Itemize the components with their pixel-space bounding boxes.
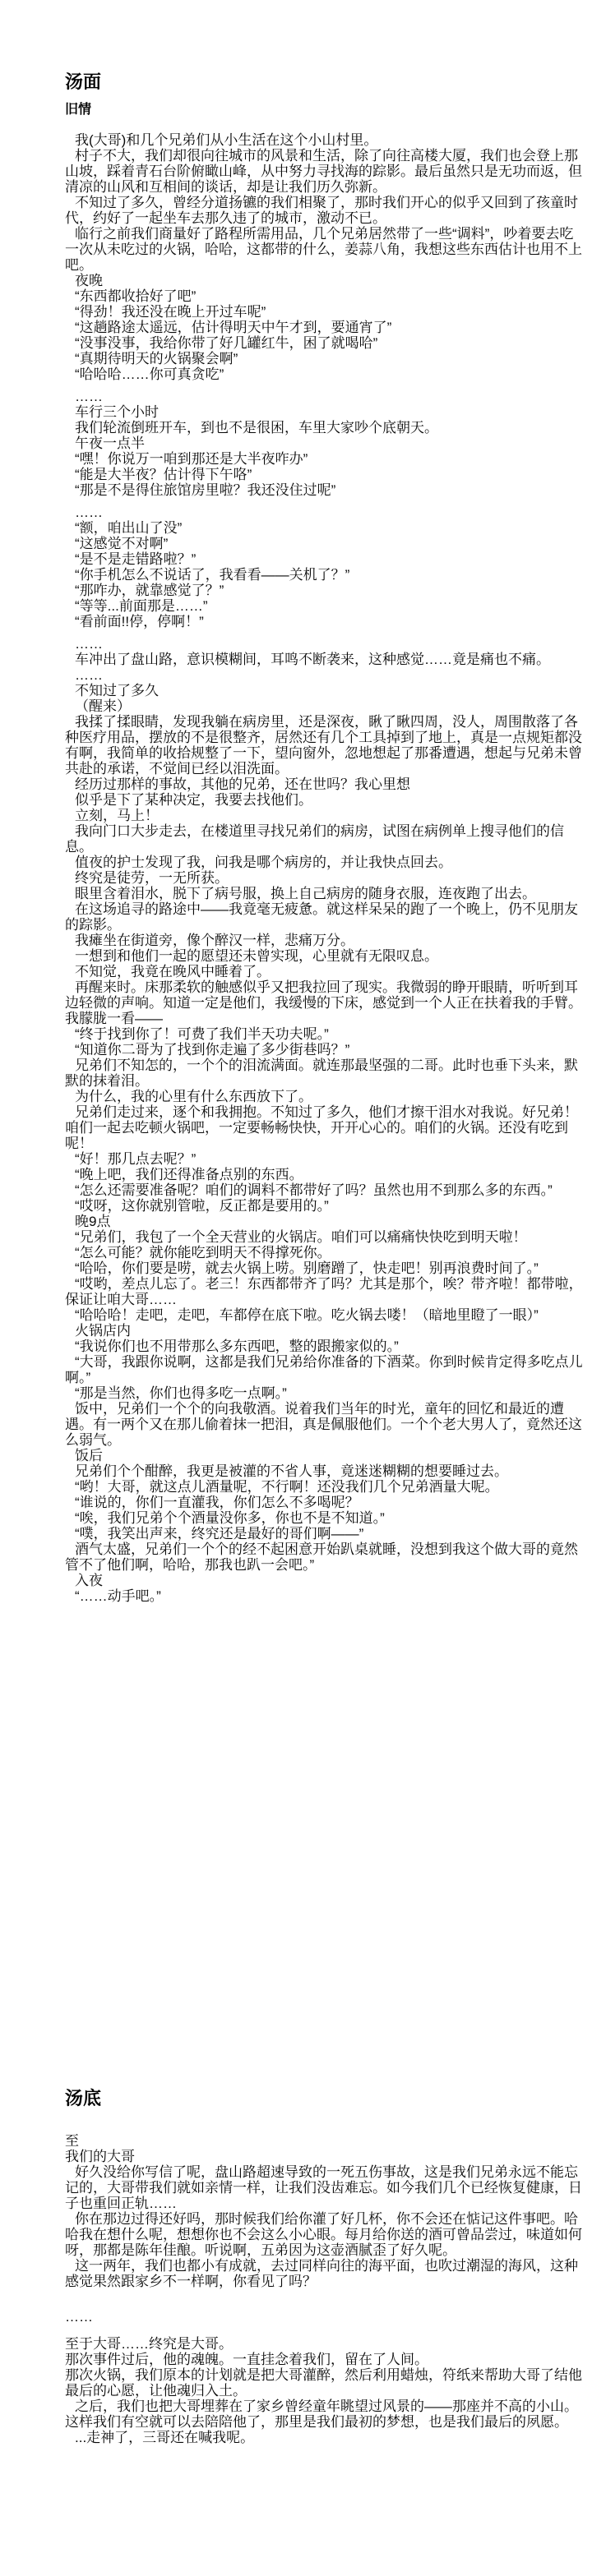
dialogue-line: “那是不是得住旅馆房里啦？我还没住过呢” bbox=[65, 482, 584, 498]
narration-line: 车行三个小时 bbox=[65, 404, 584, 420]
narration-line: 不知过了多久，曾经分道扬镳的我们相聚了，那时我们开心的似乎又回到了孩童时代，约好… bbox=[65, 195, 584, 226]
narration-line: ...走神了，三哥还在喊我呢。 bbox=[65, 2430, 584, 2445]
dialogue-line: “晚上吧，我们还得准备点别的东西。 bbox=[65, 1167, 584, 1182]
dialogue-line: “是不是走错路啦？” bbox=[65, 551, 584, 567]
narration-line: 车冲出了盘山路，意识模糊间，耳鸣不断袭来，这种感觉……竟是痛也不痛。 bbox=[65, 652, 584, 667]
dialogue-line: “哎呀，这你就别管啦，反正都是要用的。” bbox=[65, 1198, 584, 1214]
dialogue-line: “这感觉不对啊” bbox=[65, 536, 584, 551]
narration-line: 经历过那样的事故，其他的兄弟，还在世吗？我心里想 bbox=[65, 776, 584, 792]
dialogue-line: “哈哈哈……你可真贪吃” bbox=[65, 366, 584, 382]
narration-line: 我揉了揉眼睛，发现我躺在病房里，还是深夜，瞅了瞅四周，没人，周围散落了各种医疗用… bbox=[65, 714, 584, 776]
narration-line: 我(大哥)和几个兄弟们从小生活在这个小山村里。 bbox=[65, 132, 584, 148]
dialogue-line: “能是大半夜？估计得下午咯” bbox=[65, 467, 584, 482]
narration-line: 火锅店内 bbox=[65, 1323, 584, 1339]
narration-line: 酒气太盛，兄弟们一个个的经不起困意开始趴桌就睡，没想到我这个做大哥的竟然管不了他… bbox=[65, 1541, 584, 1573]
dialogue-line: “得劲！我还没在晚上开过车呢” bbox=[65, 304, 584, 320]
dialogue-line: “那是当然，你们也得多吃一点啊。” bbox=[65, 1385, 584, 1401]
section-gap bbox=[65, 1604, 584, 2089]
narration-line: 不知觉，我竟在晚风中睡着了。 bbox=[65, 964, 584, 979]
narration-line: 那次火锅，我们原本的计划就是把大哥灌醉，然后利用蜡烛，符纸来帮助大哥了结他最后的… bbox=[65, 2367, 584, 2399]
dialogue-line: “等等...前面那是……” bbox=[65, 598, 584, 614]
narration-line: 我向门口大步走去，在楼道里寻找兄弟们的病房，试图在病例单上搜寻他们的信息。 bbox=[65, 823, 584, 855]
dialogue-line: “怎么可能？就你能吃到明天不得撑死你。 bbox=[65, 1245, 584, 1260]
narration-line: 入夜 bbox=[65, 1573, 584, 1588]
dialogue-line: “好！那几点去呢？” bbox=[65, 1151, 584, 1167]
narration-line: 兄弟们不知怎的，一个个的泪流满面。就连那最坚强的二哥。此时也垂下头来，默默的抹着… bbox=[65, 1058, 584, 1089]
narration-line: 饭后 bbox=[65, 1448, 584, 1463]
narration-line: 眼里含着泪水，脱下了病号服，换上自己病房的随身衣服，连夜跑了出去。 bbox=[65, 886, 584, 901]
dialogue-line: “哟！大哥，就这点儿酒量呢，不行啊！还没我们几个兄弟酒量大呢。 bbox=[65, 1479, 584, 1495]
dialogue-line: “那咋办，就靠感觉了？” bbox=[65, 583, 584, 598]
story-title: 汤面 bbox=[65, 72, 584, 92]
dialogue-line: “哈哈，你们要是唠，就去火锅上唠。别磨蹭了，快走吧！别再浪费时间了。” bbox=[65, 1260, 584, 1276]
narration-line: （醒来） bbox=[65, 698, 584, 714]
dialogue-line: “怎么还需要准备呢？咱们的调料不都带好了吗？虽然也用不到那么多的东西。” bbox=[65, 1182, 584, 1198]
section2-title: 汤底 bbox=[65, 2089, 584, 2108]
dialogue-line: “真期待明天的火锅聚会啊” bbox=[65, 351, 584, 366]
dialogue-line: “额，咱出山了没” bbox=[65, 520, 584, 536]
narration-line: 之后，我们也把大哥埋葬在了家乡曾经童年眺望过风景的——那座并不高的小山。这样我们… bbox=[65, 2399, 584, 2430]
ellipsis-line: …… bbox=[65, 505, 584, 520]
ellipsis-line: …… bbox=[65, 2309, 584, 2325]
narration-line: 村子不大，我们却很向往城市的风景和生活，除了向往高楼大厦，我们也会登上那山坡，踩… bbox=[65, 148, 584, 195]
dialogue-line: “看前面!!停，停啊！” bbox=[65, 614, 584, 629]
narration-line: 晚9点 bbox=[65, 1214, 584, 1229]
narration-line: 一想到和他们一起的愿望还未曾实现，心里就有无限叹息。 bbox=[65, 948, 584, 964]
narration-line: 兄弟们走过来，逐个和我拥抱。不知过了多久，他们才擦干泪水对我说。好兄弟！咱们一起… bbox=[65, 1104, 584, 1151]
narration-line: 我们轮流倒班开车，到也不是很困，车里大家吵个底朝天。 bbox=[65, 420, 584, 435]
narration-line: 在这场追寻的路途中——我竟毫无疲惫。就这样呆呆的跑了一个晚上，仍不见朋友的踪影。 bbox=[65, 901, 584, 933]
dialogue-line: “嘿！你说万一咱到那还是大半夜咋办” bbox=[65, 451, 584, 467]
narration-line: 兄弟们个个酣醉，我更是被灌的不省人事，竟迷迷糊糊的想要睡过去。 bbox=[65, 1463, 584, 1479]
narration-line: 你在那边过得还好吗，那时候我们给你灌了好几杯，你不会还在惦记这件事吧。哈哈我在想… bbox=[65, 2211, 584, 2258]
ellipsis-line: …… bbox=[65, 667, 584, 683]
narration-line: 那次事件过后，他的魂魄。一直挂念着我们，留在了人间。 bbox=[65, 2352, 584, 2367]
section1-body: 我(大哥)和几个兄弟们从小生活在这个小山村里。村子不大，我们却很向往城市的风景和… bbox=[65, 132, 584, 1604]
narration-line: 我们的大哥 bbox=[65, 2149, 584, 2164]
ellipsis-line: …… bbox=[65, 636, 584, 652]
dialogue-line: “哎哟，差点儿忘了。老三！东西都带齐了吗？尤其是那个，唉？带齐啦！都带啦，保证让… bbox=[65, 1276, 584, 1307]
narration-line: 饭中，兄弟们一个个的向我敬酒。说着我们当年的时光，童年的回忆和最近的遭遇。有一两… bbox=[65, 1401, 584, 1448]
narration-line: 至 bbox=[65, 2133, 584, 2149]
dialogue-line: “兄弟们，我包了一个全天营业的火锅店。咱们可以痛痛快快吃到明天啦！ bbox=[65, 1229, 584, 1245]
dialogue-line: “你手机怎么不说话了，我看看——关机了？” bbox=[65, 567, 584, 583]
narration-line: 再醒来时。床那柔软的触感似乎又把我拉回了现实。我微弱的睁开眼睛，听听到耳边轻微的… bbox=[65, 979, 584, 1026]
narration-line: 夜晚 bbox=[65, 273, 584, 288]
narration-line: 为什么，我的心里有什么东西放下了。 bbox=[65, 1089, 584, 1104]
narration-line: 似乎是下了某种决定，我要去找他们。 bbox=[65, 792, 584, 808]
narration-line: 午夜一点半 bbox=[65, 435, 584, 451]
narration-line: 至于大哥……终究是大哥。 bbox=[65, 2336, 584, 2352]
ellipsis-line: …… bbox=[65, 389, 584, 404]
dialogue-line: “东西都收拾好了吧” bbox=[65, 288, 584, 304]
dialogue-line: “谁说的，你们一直灌我，你们怎么不多喝呢？ bbox=[65, 1495, 584, 1510]
dialogue-line: “大哥，我跟你说啊，这都是我们兄弟给你准备的下酒菜。你到时候肯定得多吃点儿啊。” bbox=[65, 1354, 584, 1385]
dialogue-line: “知道你二哥为了找到你走遍了多少街巷吗？” bbox=[65, 1042, 584, 1058]
section2-body: 至我们的大哥好久没给你写信了呢，盘山路超速导致的一死五伤事故，这是我们兄弟永远不… bbox=[65, 2133, 584, 2445]
narration-line: 不知过了多久 bbox=[65, 683, 584, 698]
story-document-page: 汤面 旧情 我(大哥)和几个兄弟们从小生活在这个小山村里。村子不大，我们却很向往… bbox=[0, 0, 592, 2576]
narration-line: 终究是徒劳，一无所获。 bbox=[65, 870, 584, 886]
dialogue-line: “我说你们也不用带那么多东西吧，整的跟搬家似的。” bbox=[65, 1339, 584, 1354]
chapter-subtitle: 旧情 bbox=[65, 103, 584, 118]
dialogue-line: “唉，我们兄弟个个酒量没你多，你也不是不知道。” bbox=[65, 1510, 584, 1526]
narration-line: 立刻，马上！ bbox=[65, 808, 584, 823]
narration-line: 我瘫坐在街道旁，像个醉汉一样，悲痛万分。 bbox=[65, 933, 584, 948]
narration-line: 临行之前我们商量好了路程所需用品，几个兄弟居然带了一些“调料”，吵着要去吃一次从… bbox=[65, 226, 584, 273]
narration-line: 好久没给你写信了呢，盘山路超速导致的一死五伤事故，这是我们兄弟永远不能忘记的，大… bbox=[65, 2164, 584, 2211]
dialogue-line: “哈哈哈！走吧，走吧，车都停在底下啦。吃火锅去喽！（暗地里瞪了一眼）” bbox=[65, 1307, 584, 1323]
narration-line: 值夜的护士发现了我，问我是哪个病房的，并让我快点回去。 bbox=[65, 855, 584, 870]
dialogue-line: “终于找到你了！可费了我们半天功夫呢。” bbox=[65, 1026, 584, 1042]
dialogue-line: “没事没事，我给你带了好几罐红牛，困了就喝哈” bbox=[65, 335, 584, 351]
dialogue-line: “噗，我笑出声来，终究还是最好的哥们啊——” bbox=[65, 1526, 584, 1541]
dialogue-line: “……动手吧。” bbox=[65, 1588, 584, 1604]
narration-line: 这一两年，我们也都小有成就，去过同样向往的海平面，也吹过潮湿的海风，这种感觉果然… bbox=[65, 2258, 584, 2289]
dialogue-line: “这趟路途太遥远，估计得明天中午才到，要通宵了” bbox=[65, 320, 584, 335]
